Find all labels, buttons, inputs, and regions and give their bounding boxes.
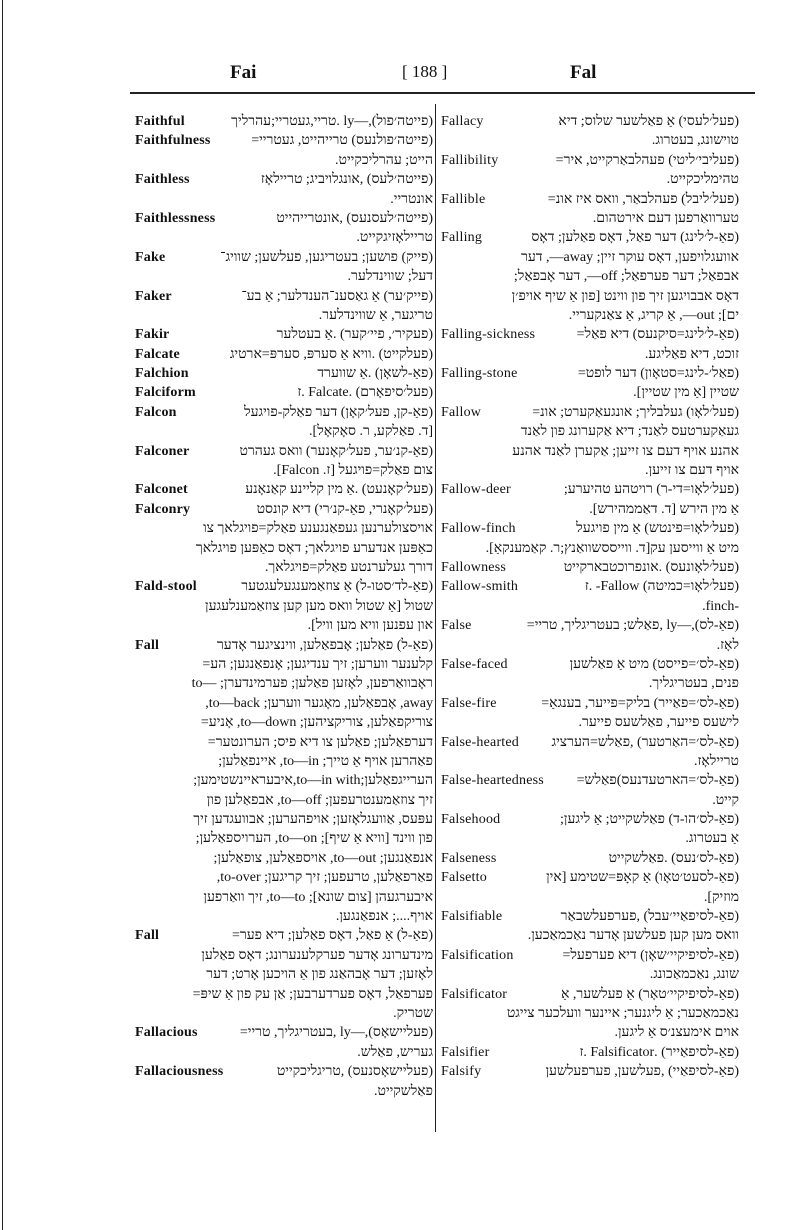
headword: Fake [135,248,165,267]
dictionary-entry: Faithlessness(פייטה׳לעסנעס) ,אונטרייהייט… [135,209,433,248]
headword: Falsifiable [441,907,502,926]
entry-first-line: Fallibility(פעליבי׳ליטי) פעהלבאַרקייט, א… [441,151,739,170]
definition-continuation: דערפאַלען; פאַלען צו דיא פיס; הערונטער= [135,733,433,752]
definition-text: (פייק׳ער) אַ גאַסענ־הענדלער; אַ בע־ [172,287,433,306]
dictionary-entry: Fallacious(פעליישאָס),—ly ,בעטריגליך, טר… [135,1023,433,1062]
definition-continuation: פערפאַל, דאָס פערדערבען; אַן עק פון אַ ש… [135,985,433,1004]
dictionary-entry: Faithless(פייטה׳לעס) ,אונגלויביג; טריילא… [135,170,433,209]
definition-text: (פעל׳סיפאָרם) .Falcate .ז [196,383,433,402]
headword: False [441,616,472,635]
definition-continuation: פון ווינד [וויא אַ שיף]; to—on, הערויספא… [135,829,433,848]
page-binding-edge [2,0,3,1230]
definition-text: (פאַל׳-לינג=סטאָון) דער לופט= [517,364,739,383]
dictionary-entry: False(פאַ-לס),—ly ,פאַלש; בעטריגליך, טרי… [441,616,739,655]
definition-continuation: אויף דעם צו זייען. [441,461,739,480]
headword: Faker [135,287,172,306]
definition-continuation: נאַכמאַכער; אַ ליגנער; איינער וועלכער צי… [441,1004,739,1023]
dictionary-entry: Fake(פייק) פושען; בעטריגען, פעלשען; שווי… [135,248,433,287]
entry-first-line: Fallacious(פעליישאָס),—ly ,בעטריגליך, טר… [135,1023,433,1042]
definition-text: (פאַ-לס׳=האַרטער) ,פאַלש=הערציג [519,733,739,752]
entry-first-line: Falseness(פאַ-לס׳נעס) .פאַלשקייט [441,849,739,868]
definition-text: (פאַ-לס׳=פייסט) מיט אַ פאַלשען [508,655,739,674]
definition-text: (פאַ-לס),—ly ,פאַלש; בעטריגליך, טריי= [472,616,739,635]
entry-first-line: Falling(פאַ-ל׳לינג) דער פאַל, דאָס פאַלע… [441,228,739,247]
dictionary-entry: Fald-stool(פאַ-לד׳סטו-ל) אַ צוזאַמענגעלע… [135,577,433,635]
headword: Fallible [441,190,485,209]
headword: Falling-stone [441,364,517,383]
entry-first-line: Falciform(פעל׳סיפאָרם) .Falcate .ז [135,383,433,402]
headword: Fald-stool [135,577,197,596]
entry-first-line: Faithfulness(פייטה׳פולנעס) טרייהייט, געט… [135,131,433,150]
definition-continuation: כאַפּען אנדערע פויגלאך; דאָס כאַפּען פוי… [135,539,433,558]
entry-first-line: False(פאַ-לס),—ly ,פאַלש; בעטריגליך, טרי… [441,616,739,635]
definition-text: (פאַ-קן, פעל׳קאָן) דער פאַלק-פויגעל [177,403,433,422]
headword: False-fire [441,694,497,713]
headword: Falsification [441,946,514,965]
entry-first-line: Fallow-smith(פעל׳לאָו=כמיטה) Fallow- .ז [441,577,739,596]
definition-text: (פאַ-לסיפיקיי׳טאָר) אַ פעלשער, אַ [507,985,739,1004]
entry-first-line: Fake(פייק) פושען; בעטריגען, פעלשען; שווי… [135,248,433,267]
dictionary-entry: Falsifier(פאַ-לסיפאַייר) .Falsificator .… [441,1043,739,1062]
definition-text: (פעקיר׳, פיי׳קער) .אַ בעטלער [169,325,433,344]
definition-text: (פעל׳ליבל) פעהלבאַר, וואס איז אונ= [485,190,739,209]
entry-first-line: Faithlessness(פייטה׳לעסנעס) ,אונטרייהייט [135,209,433,228]
definition-text: (פעל׳לאָו=פינטש) אַ מין פויגעל [516,519,739,538]
definition-text: (פעליישאָס),—ly ,בעטריגליך, טריי= [198,1023,433,1042]
definition-text: (פאַ-לס׳=פאַייר) בליק=פייער, בענגאַ= [497,694,739,713]
dictionary-entry: Faker(פייק׳ער) אַ גאַסענ־הענדלער; אַ בע־… [135,287,433,326]
entry-first-line: Falsetto(פאַ-לסעט׳טאָו) אַ קאָפּ=שטימע [… [441,868,739,887]
entry-first-line: False-heartedness(פאַ-לס׳=הארטעדנעס)פאַל… [441,771,739,790]
definition-continuation: זיך צוזאַמענטרעפען; to—off, אבפאַלען פון [135,791,433,810]
definition-text: (פייטה׳פול),—ly .טריי,געטריי;עהרליך [185,112,433,131]
headword: Faithless [135,170,190,189]
definition-continuation: לאָז. [441,636,739,655]
definition-text: (פאַ-ל׳לינג) דער פאַל, דאָס פאַלען; דאָס [482,228,739,247]
definition-continuation: און עפנען וויא מען וויל]. [135,616,433,635]
dictionary-entry: Falchion(פאַ-לשאָן) .אַ שווערד [135,364,433,383]
dictionary-entry: Fallibility(פעליבי׳ליטי) פעהלבאַרקייט, א… [441,151,739,190]
dictionary-entry: Falconer(פאַ-קנ׳ער, פעל׳קאָנער) וואס געה… [135,442,433,481]
headword: Falconer [135,442,189,461]
dictionary-entry: Falling-sickness(פאַ-ל׳לינג=סיקנעס) דיא … [441,325,739,364]
definition-text: (פייק) פושען; בעטריגען, פעלשען; שוויג־ [165,248,433,267]
definition-text: (פעל׳לאָו=די-ר) רויטהע טהיערע; [511,480,739,499]
headword: Falling-sickness [441,325,535,344]
entry-first-line: Fallowness(פעל׳לאָונעס) .אונפרוכטבארקייט [441,558,739,577]
entry-first-line: Faithful(פייטה׳פול),—ly .טריי,געטריי;עהר… [135,112,433,131]
definition-text: (פאַ-לסיפיקיי׳שאָן) דיא פערפעל= [514,946,739,965]
definition-continuation: קייט. [441,791,739,810]
definition-continuation: לישעס פייער, פאַלשעס פייער. [441,713,739,732]
entry-first-line: Fallow-deer(פעל׳לאָו=די-ר) רויטהע טהיערע… [441,480,739,499]
definition-continuation: הערייגפאַלען;to—in with,איבעראיינשטימען; [135,771,433,790]
definition-continuation: אויסצולערנען געפאַנגענע פאַלק=פויגלאך צו [135,519,433,538]
header-rule [130,92,755,94]
definition-continuation: מינדערונג אָדער פערקלענערונג; דאָס פאַלע… [135,946,433,965]
definition-text: (פאַ-לסיפאַיי) ,פעלשען, פערפעלשען [481,1062,739,1081]
definition-continuation: עפּעס, אַוועגלאָזען; אויפהערען; אבוועגדע… [135,810,433,829]
headword: Fallow [441,403,481,422]
headword: Fakir [135,325,169,344]
dictionary-entry: False-faced(פאַ-לס׳=פייסט) מיט אַ פאַלשע… [441,655,739,694]
definition-text: (פייטה׳לעסנעס) ,אונטרייהייט [215,209,433,228]
definition-continuation: געריש, פאַלש. [135,1043,433,1062]
headword: Falsehood [441,810,500,829]
entry-first-line: Falsifiable(פאַ-לסיפאַיי׳עבל) ,פערפעלשבא… [441,907,739,926]
dictionary-entry: Fallow-smith(פעל׳לאָו=כמיטה) Fallow- .ז-… [441,577,739,616]
dictionary-entry: Faithfulness(פייטה׳פולנעס) טרייהייט, געט… [135,131,433,170]
entry-first-line: Faithless(פייטה׳לעס) ,אונגלויביג; טריילא… [135,170,433,189]
definition-text: (פאַ-לס׳נעס) .פאַלשקייט [496,849,739,868]
definition-text: (פאַ-לס׳הו-ד) פאַלשקייט; אַ ליגען; [500,810,739,829]
definition-text: (פעל׳לאָו) געלבליך; אונגעאַקערט; אונ= [481,403,739,422]
dictionary-entry: Faithful(פייטה׳פול),—ly .טריי,געטריי;עהר… [135,112,433,131]
entry-first-line: Falchion(פאַ-לשאָן) .אַ שווערד [135,364,433,383]
entry-first-line: Fallow(פעל׳לאָו) געלבליך; אונגעאַקערט; א… [441,403,739,422]
dictionary-entry: Falling(פאַ-ל׳לינג) דער פאַל, דאָס פאַלע… [441,228,739,325]
definition-continuation: -finch. [441,597,739,616]
entry-first-line: Falling-stone(פאַל׳-לינג=סטאָון) דער לופ… [441,364,739,383]
headword: Falsifier [441,1043,489,1062]
definition-continuation: אוועגלויפען, דאָס עוקר זיין; away—, דער [441,248,739,267]
definition-continuation: איבערגעהן [צום שונא]; to—to, זיך וואַרפע… [135,888,433,907]
definition-continuation: פאַרפאַלען, טרעפען; זיך קריגען; to-over, [135,868,433,887]
definition-text: (פאַ-לסיפאַייר) .Falsificator .ז [489,1043,739,1062]
definition-continuation: מיט אַ ווייסען עק[ד. ווייססשוואַנץ;ר. קא… [441,539,739,558]
right-guide-word: Fal [570,62,596,84]
definition-continuation: אהנע אויף דעם צו זייען; אַקערן לאַנד אהנ… [441,442,739,461]
entry-first-line: Fallible(פעל׳ליבל) פעהלבאַר, וואס איז או… [441,190,739,209]
dictionary-entry: Fallible(פעל׳ליבל) פעהלבאַר, וואס איז או… [441,190,739,229]
definition-text: (פייטה׳פולנעס) טרייהייט, געטריי= [211,131,433,150]
definition-continuation: אבפאַל; דער פערפאַל; off—, דער אָבפאַל; [441,267,739,286]
definition-text: (פייטה׳לעס) ,אונגלויביג; טריילאָז [190,170,433,189]
headword: Falchion [135,364,189,383]
definition-continuation: טריילאָזיגקייט. [135,228,433,247]
dictionary-entry: Fallaciousness(פעליישאָסנעס) ,טריגליכקיי… [135,1062,433,1101]
dictionary-entry: False-fire(פאַ-לס׳=פאַייר) בליק=פייער, ב… [441,694,739,733]
definition-continuation: דעל; שווינדלער. [135,267,433,286]
headword: Fall [135,636,159,655]
entry-first-line: Falconer(פאַ-קנ׳ער, פעל׳קאָנער) וואס געה… [135,442,433,461]
dictionary-entry: Fallacy(פעל׳לעסי) אַ פאַלשער שלוס; דיאטו… [441,112,739,151]
headword: Fallaciousness [135,1062,223,1081]
left-column: Faithful(פייטה׳פול),—ly .טריי,געטריי;עהר… [135,112,433,1101]
entry-first-line: Falsehood(פאַ-לס׳הו-ד) פאַלשקייט; אַ ליג… [441,810,739,829]
page-number: [ 188 ] [402,62,447,82]
entry-first-line: Falsification(פאַ-לסיפיקיי׳שאָן) דיא פער… [441,946,739,965]
definition-continuation: [ד. פאַלקע, ר. סאָקאָל]. [135,422,433,441]
definition-continuation: מוזיק]. [441,888,739,907]
dictionary-entry: Fallow(פעל׳לאָו) געלבליך; אונגעאַקערט; א… [441,403,739,481]
definition-text: (פאַ-לס׳=הארטעדנעס)פאַלש= [544,771,739,790]
definition-continuation: שטיין [אַ מין שטיין]. [441,383,739,402]
dictionary-entry: Fakir(פעקיר׳, פיי׳קער) .אַ בעטלער [135,325,433,344]
definition-continuation: אַ מין הירש [ד. דאַממהירש]. [441,500,739,519]
dictionary-entry: Falsificator(פאַ-לסיפיקיי׳טאָר) אַ פעלשע… [441,985,739,1043]
running-header: Fai [ 188 ] Fal [130,62,758,90]
dictionary-entry: Falconry(פעל׳קאָנרי, פאַ-קנ׳רי) דיא קונס… [135,500,433,578]
headword: Fallacious [135,1023,198,1042]
entry-first-line: Falling-sickness(פאַ-ל׳לינג=סיקנעס) דיא … [441,325,739,344]
headword: Fallow-finch [441,519,516,538]
headword: Falling [441,228,482,247]
column-divider [435,104,436,1132]
entry-first-line: Fallow-finch(פעל׳לאָו=פינטש) אַ מין פויג… [441,519,739,538]
headword: Falseness [441,849,496,868]
dictionary-entry: Falsification(פאַ-לסיפיקיי׳שאָן) דיא פער… [441,946,739,985]
headword: Fallibility [441,151,498,170]
headword: Faithful [135,112,185,131]
headword: Fallow-deer [441,480,511,499]
definition-continuation: פנים, בעטריגליך. [441,674,739,693]
entry-first-line: Falsifier(פאַ-לסיפאַייר) .Falsificator .… [441,1043,739,1062]
headword: Falsetto [441,868,487,887]
entry-first-line: Falcon(פאַ-קן, פעל׳קאָן) דער פאַלק-פויגע… [135,403,433,422]
definition-continuation: שטריק. [135,1004,433,1023]
entry-first-line: Falconet(פעל׳קאָנעט) .אַ מין קליינע קאַנ… [135,480,433,499]
definition-text: (פעל׳לעסי) אַ פאַלשער שלוס; דיא [484,112,739,131]
definition-continuation: דאָס אבבויגען זיך פון ווינט [פון אַ שיף … [441,287,739,306]
entry-first-line: Falcate(פעלקייט) .וויא אַ סערפּ, סערפּ=א… [135,345,433,364]
definition-continuation: וואס מען קען פעלשען אָדער נאַכמאַכען. [441,926,739,945]
entry-first-line: Falsificator(פאַ-לסיפיקיי׳טאָר) אַ פעלשע… [441,985,739,1004]
left-guide-word: Fai [230,62,256,84]
entry-first-line: Fallaciousness(פעליישאָסנעס) ,טריגליכקיי… [135,1062,433,1081]
entry-first-line: False-hearted(פאַ-לס׳=האַרטער) ,פאַלש=הע… [441,733,739,752]
entry-first-line: Fakir(פעקיר׳, פיי׳קער) .אַ בעטלער [135,325,433,344]
headword: False-hearted [441,733,519,752]
dictionary-entry: Falsetto(פאַ-לסעט׳טאָו) אַ קאָפּ=שטימע [… [441,868,739,907]
dictionary-entry: Falconet(פעל׳קאָנעט) .אַ מין קליינע קאַנ… [135,480,433,499]
definition-text: (פעליישאָסנעס) ,טריגליכקייט [223,1062,433,1081]
headword: False-faced [441,655,508,674]
definition-continuation: שטול [אַ שטול וואס מען קען צוזאַמענלעגען [135,597,433,616]
definition-continuation: אנפאַנגען; to—out, אויספאַלען, צופאַלען; [135,849,433,868]
definition-text: (פאַ-לד׳סטו-ל) אַ צוזאַמענגעלעגטער [197,577,433,596]
dictionary-entry: Falsify(פאַ-לסיפאַיי) ,פעלשען, פערפעלשען [441,1062,739,1081]
headword: Fallow-smith [441,577,518,596]
dictionary-entry: Falseness(פאַ-לס׳נעס) .פאַלשקייט [441,849,739,868]
dictionary-entry: Fall(פאַ-ל) אַ פאַל, דאָס פאַלען; דיא פע… [135,926,433,1023]
dictionary-entry: False-heartedness(פאַ-לס׳=הארטעדנעס)פאַל… [441,771,739,810]
entry-first-line: Falconry(פעל׳קאָנרי, פאַ-קנ׳רי) דיא קונס… [135,500,433,519]
definition-continuation: פאַלשקייט. [135,1082,433,1101]
headword: Faithfulness [135,131,211,150]
definition-continuation: שונג, נאַכמאַכונג. [441,965,739,984]
definition-text: (פאַ-ל׳לינג=סיקנעס) דיא פאַל= [535,325,739,344]
definition-continuation: צוריקפאַלען, צוריקציהען; to—down, אָניע= [135,713,433,732]
definition-text: (פעליבי׳ליטי) פעהלבאַרקייט, איר= [498,151,739,170]
definition-continuation: אַ בעטרוג. [441,829,739,848]
dictionary-entry: Falcate(פעלקייט) .וויא אַ סערפּ, סערפּ=א… [135,345,433,364]
definition-continuation: טריילאָז. [441,752,739,771]
dictionary-entry: False-hearted(פאַ-לס׳=האַרטער) ,פאַלש=הע… [441,733,739,772]
definition-continuation: געאַקערטעס לאַנד; דיא אַקערונג פון לאַנד [441,422,739,441]
dictionary-entry: Falciform(פעל׳סיפאָרם) .Falcate .ז [135,383,433,402]
headword: False-heartedness [441,771,544,790]
entry-first-line: Fallacy(פעל׳לעסי) אַ פאַלשער שלוס; דיא [441,112,739,131]
headword: Faithlessness [135,209,215,228]
entry-first-line: Fald-stool(פאַ-לד׳סטו-ל) אַ צוזאַמענגעלע… [135,577,433,596]
headword: Fallowness [441,558,506,577]
headword: Fall [135,926,159,945]
definition-continuation: away, אָבפאַלען, מאָגער ווערען; to—back, [135,694,433,713]
dictionary-entry: Fallow-deer(פעל׳לאָו=די-ר) רויטהע טהיערע… [441,480,739,519]
definition-continuation: אונטריי. [135,190,433,209]
definition-continuation: לאָזען; דער אָבהאַנג פון אַ הויכען אָרט;… [135,965,433,984]
definition-text: (פאַ-ל) פאַלען; אָבפאַלען, ווינציגער אָד… [159,636,433,655]
right-column: Fallacy(פעל׳לעסי) אַ פאַלשער שלוס; דיאטו… [441,112,739,1082]
headword: Falcon [135,403,177,422]
dictionary-entry: Fallow-finch(פעל׳לאָו=פינטש) אַ מין פויג… [441,519,739,558]
entry-first-line: Fall(פאַ-ל) אַ פאַל, דאָס פאַלען; דיא פע… [135,926,433,945]
headword: Falcate [135,345,180,364]
definition-text: (פאַ-לסיפאַיי׳עבל) ,פערפעלשבאַר [502,907,739,926]
dictionary-entry: Falling-stone(פאַל׳-לינג=סטאָון) דער לופ… [441,364,739,403]
entry-first-line: Faker(פייק׳ער) אַ גאַסענ־הענדלער; אַ בע־ [135,287,433,306]
dictionary-entry: Falcon(פאַ-קן, פעל׳קאָן) דער פאַלק-פויגע… [135,403,433,442]
headword: Fallacy [441,112,484,131]
definition-continuation: פאַהרען אויף אַ טייך; to—in, איינפאַלען; [135,752,433,771]
definition-continuation: טוישונג, בעטרוג. [441,131,739,150]
definition-continuation: טהימליכקייט. [441,170,739,189]
definition-text: (פעל׳לאָו=כמיטה) Fallow- .ז [518,577,739,596]
entry-first-line: False-fire(פאַ-לס׳=פאַייר) בליק=פייער, ב… [441,694,739,713]
headword: Falconet [135,480,188,499]
dictionary-entry: Falsehood(פאַ-לס׳הו-ד) פאַלשקייט; אַ ליג… [441,810,739,849]
definition-continuation: ים]; out—, אַ קריג, אַ צאַנקעריי. [441,306,739,325]
entry-first-line: Falsify(פאַ-לסיפאַיי) ,פעלשען, פערפעלשען [441,1062,739,1081]
definition-continuation: אוים אימעצנ׳ס אַ ליגען. [441,1023,739,1042]
dictionary-entry: Fallowness(פעל׳לאָונעס) .אונפרוכטבארקייט [441,558,739,577]
definition-continuation: אויף....; אנפאַנגען. [135,907,433,926]
definition-text: (פעל׳קאָנרי, פאַ-קנ׳רי) דיא קונסט [190,500,433,519]
definition-text: (פעל׳לאָונעס) .אונפרוכטבארקייט [506,558,739,577]
definition-continuation: צום פאַלק=פויגעל [ז. Falcon]. [135,461,433,480]
dictionary-entry: Falsifiable(פאַ-לסיפאַיי׳עבל) ,פערפעלשבא… [441,907,739,946]
definition-continuation: טערוואַרפען דעם אירטהום. [441,209,739,228]
dictionary-entry: Fall(פאַ-ל) פאַלען; אָבפאַלען, ווינציגער… [135,636,433,927]
definition-text: (פאַ-לשאָן) .אַ שווערד [189,364,433,383]
definition-text: (פאַ-קנ׳ער, פעל׳קאָנער) וואס געהרט [189,442,433,461]
headword: Falconry [135,500,190,519]
definition-text: (פעלקייט) .וויא אַ סערפּ, סערפּ=ארטיג [180,345,433,364]
headword: Falsificator [441,985,507,1004]
definition-continuation: דורך געלערנטע פאַלק=פויגלאך. [135,558,433,577]
entry-first-line: Fall(פאַ-ל) פאַלען; אָבפאַלען, ווינציגער… [135,636,433,655]
definition-text: (פאַ-ל) אַ פאַל, דאָס פאַלען; דיא פער= [159,926,433,945]
headword: Falsify [441,1062,481,1081]
headword: Falciform [135,383,196,402]
definition-text: (פאַ-לסעט׳טאָו) אַ קאָפּ=שטימע [אין [487,868,739,887]
definition-continuation: הייט; עהרליכקייט. [135,151,433,170]
definition-continuation: קלענער ווערען; זיך ענדיגען; אָנפאַנגען; … [135,655,433,674]
definition-continuation: טריגער, אַ שווינדלער. [135,306,433,325]
definition-text: (פעל׳קאָנעט) .אַ מין קליינע קאַנאָנע [188,480,433,499]
definition-continuation: ראָבוואַרפען, לאָזען פאַלען; פערמינדערן;… [135,674,433,693]
entry-first-line: False-faced(פאַ-לס׳=פייסט) מיט אַ פאַלשע… [441,655,739,674]
definition-continuation: זוכט, דיא פאַליגע. [441,345,739,364]
